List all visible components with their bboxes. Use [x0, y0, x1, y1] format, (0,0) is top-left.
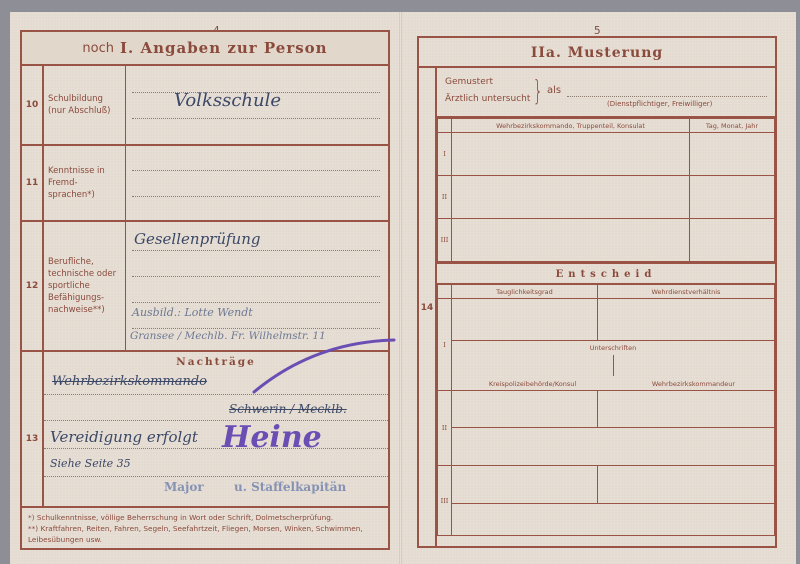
page-title: I. Angaben zur Person: [120, 39, 328, 57]
header-wehrbezirk: Wehrbezirkskommando, Truppenteil, Konsul…: [452, 119, 690, 133]
handwritten-entry: Vereidigung erfolgt: [50, 428, 198, 446]
row-field[interactable]: Volksschule: [126, 66, 388, 144]
header-tauglichkeit: Tauglichkeitsgrad: [452, 285, 598, 299]
cell[interactable]: [597, 391, 774, 428]
roman-ii: II: [438, 176, 452, 219]
cell[interactable]: [452, 133, 690, 176]
page-title: IIa. Musterung: [419, 38, 775, 68]
aerztlich-label: Ärztlich untersucht: [445, 94, 530, 104]
roman-iii: III: [438, 219, 452, 262]
row-label: Schulbildung (nur Abschluß): [44, 66, 126, 144]
als-field[interactable]: [567, 96, 767, 97]
signatures-cell[interactable]: Unterschriften Kreispolizeibehörde/Konsu…: [452, 341, 775, 391]
row-number: 10: [22, 66, 44, 144]
book-spine: [399, 12, 402, 564]
gemustert-block: Gemustert Ärztlich untersucht } als (Die…: [437, 68, 775, 118]
purple-pen-stroke: [244, 332, 404, 402]
footnote-2: **) Kraftfahren, Reiten, Fahren, Segeln,…: [28, 523, 382, 545]
cell[interactable]: [597, 466, 774, 504]
handwritten-entry: Ausbild.: Lotte Wendt: [132, 306, 253, 319]
signature-stamp: Heine: [222, 420, 322, 455]
row-label: Kenntnisse in Fremd-sprachen*): [44, 146, 126, 220]
row-schulbildung: 10 Schulbildung (nur Abschluß) Volksschu…: [22, 66, 388, 146]
title-prefix: noch: [82, 41, 114, 56]
struck-entry: Schwerin / Mecklb.: [229, 402, 347, 416]
cell[interactable]: [452, 466, 598, 504]
header-date: Tag, Monat, Jahr: [690, 119, 775, 133]
musterung-form: IIa. Musterung 14 Gemustert Ärztlich unt…: [417, 36, 777, 548]
musterung-table: Wehrbezirkskommando, Truppenteil, Konsul…: [437, 118, 775, 262]
title-stamp: u. Staffelkapitän: [234, 480, 346, 494]
row-number: 14: [419, 303, 435, 313]
cell[interactable]: [452, 219, 690, 262]
roman-i: I: [438, 299, 452, 391]
row-number: 11: [22, 146, 44, 220]
cell[interactable]: [597, 299, 774, 341]
gemustert-label: Gemustert: [445, 77, 493, 87]
cell[interactable]: [452, 504, 775, 536]
row-label: Berufliche, technische oder sportliche B…: [44, 222, 126, 350]
cell[interactable]: [690, 133, 775, 176]
struck-entry: Wehrbezirkskommando: [52, 374, 207, 389]
als-label: als: [547, 85, 561, 96]
cell[interactable]: [452, 176, 690, 219]
handwritten-entry: Gesellenprüfung: [134, 230, 260, 248]
roman-i: I: [438, 133, 452, 176]
row-field[interactable]: Gesellenprüfung Ausbild.: Lotte Wendt Gr…: [126, 222, 388, 350]
side-column: 14: [419, 68, 437, 546]
handwritten-entry: Siehe Seite 35: [50, 457, 131, 470]
cell[interactable]: [452, 428, 775, 466]
row-number: 13: [22, 352, 44, 506]
roman-iii: III: [438, 466, 452, 536]
cell[interactable]: [690, 176, 775, 219]
row-number: 12: [22, 222, 44, 350]
handwritten-entry: Volksschule: [174, 90, 281, 111]
cell[interactable]: [452, 391, 598, 428]
rank-stamp: Major: [164, 480, 204, 494]
personal-data-form: noch I. Angaben zur Person 10 Schulbildu…: [20, 30, 390, 550]
section-title: noch I. Angaben zur Person: [22, 32, 388, 66]
nachtraege-field[interactable]: Nachträge Wehrbezirkskommando Schwerin /…: [44, 352, 388, 506]
footnote-1: *) Schulkenntnisse, völlige Beherrschung…: [28, 512, 382, 523]
entscheid-table: Tauglichkeitsgrad Wehrdienstverhältnis I…: [437, 284, 775, 536]
roman-ii: II: [438, 391, 452, 466]
row-fremdsprachen: 11 Kenntnisse in Fremd-sprachen*): [22, 146, 388, 222]
brace-icon: }: [533, 74, 544, 107]
cell[interactable]: [452, 299, 598, 341]
header-wehrdienst: Wehrdienstverhältnis: [597, 285, 774, 299]
cell[interactable]: [690, 219, 775, 262]
als-options: (Dienstpflichtiger, Freiwilliger): [607, 100, 712, 108]
entscheid-title: Entscheid: [437, 262, 775, 284]
footnotes: *) Schulkenntnisse, völlige Beherrschung…: [22, 508, 388, 549]
row-nachtraege: 13 Nachträge Wehrbezirkskommando Schweri…: [22, 352, 388, 508]
row-field[interactable]: [126, 146, 388, 220]
